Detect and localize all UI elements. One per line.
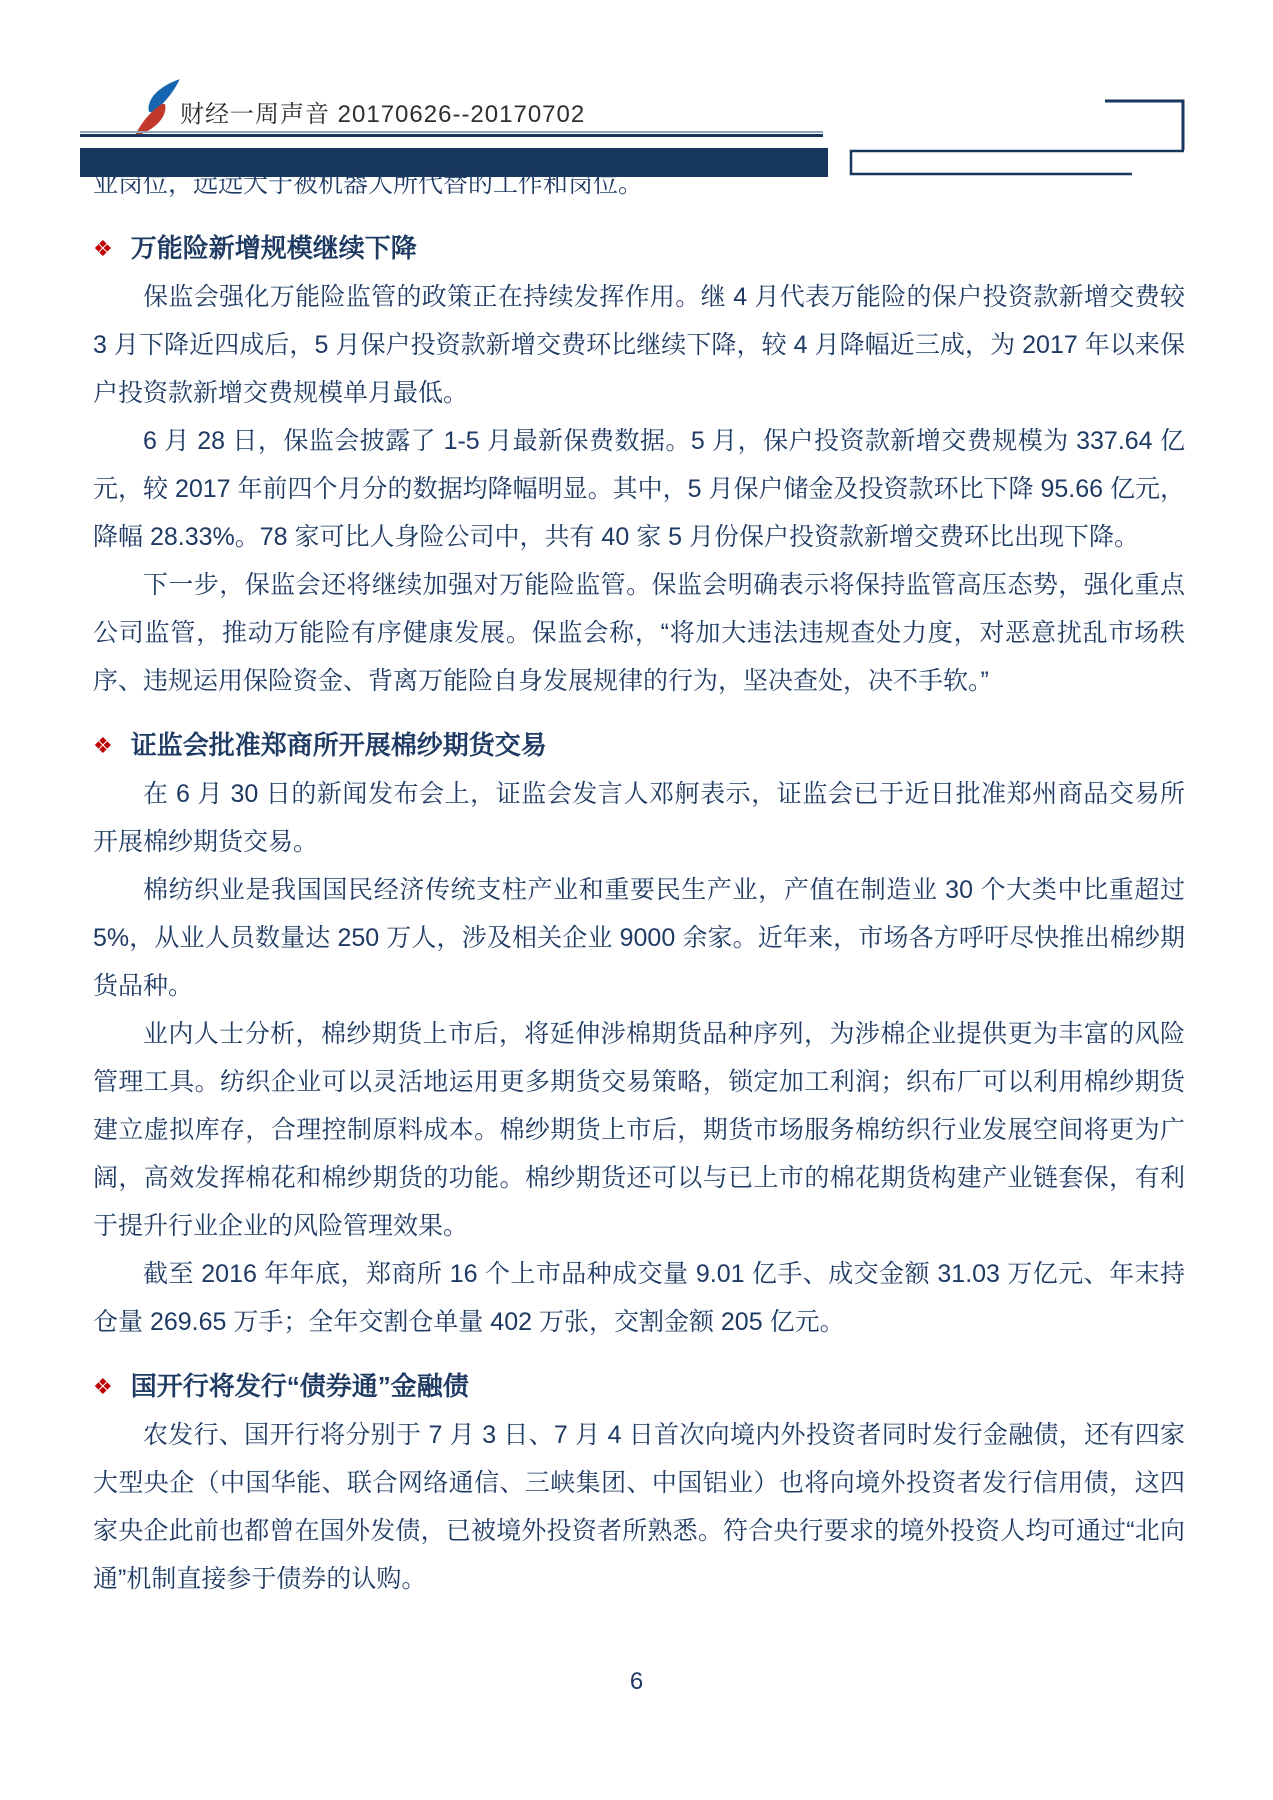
intro-continuation-paragraph: 业岗位，远远大于被机器人所代替的工作和岗位。 [93, 160, 1185, 208]
diamond-bullet-icon: ❖ [93, 1374, 113, 1399]
page-number: 6 [0, 1668, 1273, 1696]
paragraph: 农发行、国开行将分别于 7 月 3 日、7 月 4 日首次向境内外投资者同时发行… [93, 1411, 1185, 1603]
paragraph: 保监会强化万能险监管的政策正在持续发挥作用。继 4 月代表万能险的保户投资款新增… [93, 273, 1185, 417]
section-heading-2-label: 证监会批准郑商所开展棉纱期货交易 [131, 730, 547, 760]
section-heading-3-label: 国开行将发行“债券通”金融债 [131, 1371, 469, 1401]
page-content: 业岗位，远远大于被机器人所代替的工作和岗位。 ❖万能险新增规模继续下降 保监会强… [93, 160, 1185, 1603]
paragraph: 6 月 28 日，保监会披露了 1-5 月最新保费数据。5 月，保户投资款新增交… [93, 417, 1185, 561]
diamond-bullet-icon: ❖ [93, 236, 113, 261]
section-heading-3: ❖国开行将发行“债券通”金融债 [93, 1362, 1185, 1411]
diamond-bullet-icon: ❖ [93, 733, 113, 758]
paragraph: 下一步，保监会还将继续加强对万能险监管。保监会明确表示将保持监管高压态势，强化重… [93, 561, 1185, 705]
document-page: 财经一周声音 20170626--20170702 业岗位，远远大于被机器人所代… [0, 0, 1273, 1800]
section-heading-1-label: 万能险新增规模继续下降 [131, 233, 417, 263]
paragraph: 业内人士分析，棉纱期货上市后，将延伸涉棉期货品种序列，为涉棉企业提供更为丰富的风… [93, 1010, 1185, 1250]
section-heading-2: ❖证监会批准郑商所开展棉纱期货交易 [93, 721, 1185, 770]
paragraph: 截至 2016 年年底，郑商所 16 个上市品种成交量 9.01 亿手、成交金额… [93, 1250, 1185, 1346]
decor-box-top-right [1105, 101, 1183, 150]
paragraph: 在 6 月 30 日的新闻发布会上，证监会发言人邓舸表示，证监会已于近日批准郑州… [93, 770, 1185, 866]
section-heading-1: ❖万能险新增规模继续下降 [93, 224, 1185, 273]
paragraph: 棉纺织业是我国国民经济传统支柱产业和重要民生产业，产值在制造业 30 个大类中比… [93, 866, 1185, 1010]
